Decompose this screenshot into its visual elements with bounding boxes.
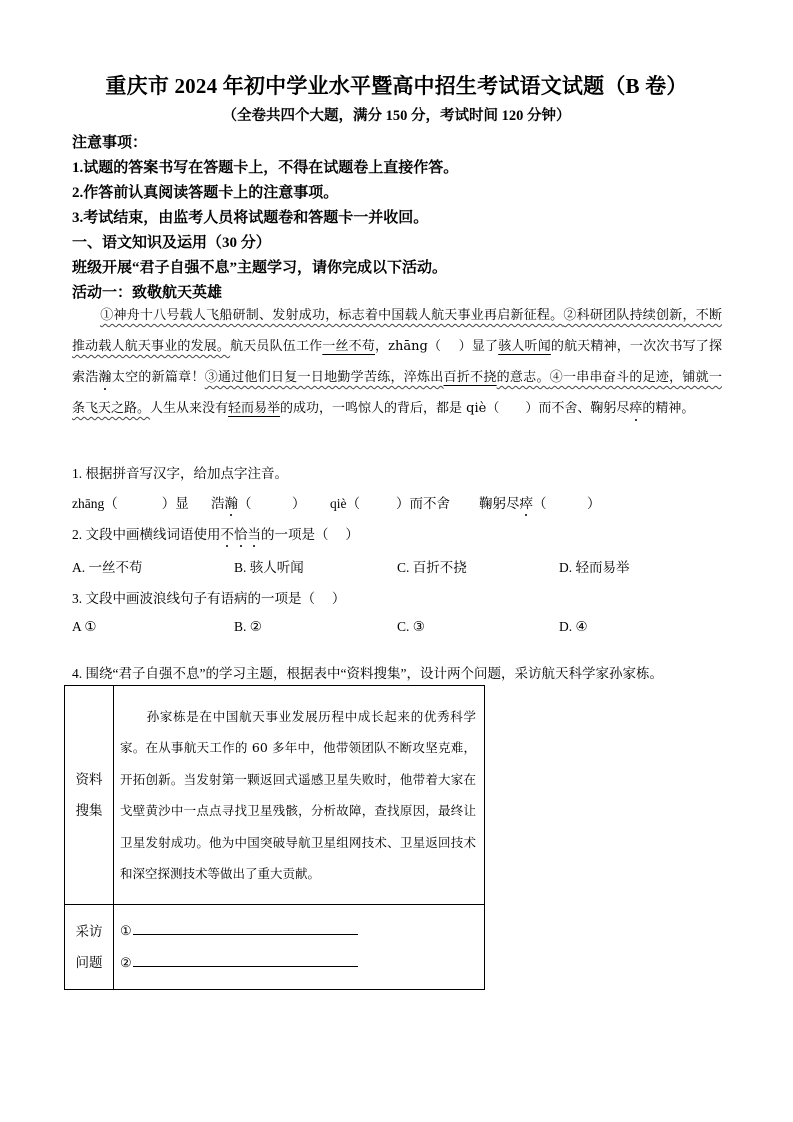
exam-page: 重庆市 2024 年初中学业水平暨高中招生考试语文试题（B 卷） （全卷共四个大… <box>0 0 793 1122</box>
dotted-char: 瀚 <box>99 370 112 385</box>
notice-item-3: 3.考试结束，由监考人员将试题卷和答题卡一并收回。 <box>72 206 428 227</box>
passage-text: ，zhāng（ ）显了 <box>375 339 498 354</box>
notice-item-2: 2.作答前认真阅读答题卡上的注意事项。 <box>72 181 338 202</box>
sentence-1-wavy: ①神舟十八号载人飞船研制、发射成功，标志着中国载人航天事业再启新征程。 <box>100 308 563 323</box>
q3-option-c[interactable]: C. ③ <box>397 619 425 635</box>
section-heading: 一、语文知识及运用（30 分） <box>72 231 271 252</box>
passage-text: 航天员队伍工作 <box>230 339 322 354</box>
q1-item-2: 浩瀚（ ） <box>211 492 306 512</box>
question-2-stem: 2. 文段中画横线词语使用不恰当的一项是（ ） <box>72 523 359 543</box>
q3-option-d[interactable]: D. ④ <box>559 619 588 635</box>
passage-text: 的精神。 <box>642 401 694 416</box>
notice-item-1: 1.试题的答案书写在答题卡上，不得在试题卷上直接作答。 <box>72 156 458 177</box>
passage-text: 太空的新篇章！ <box>112 370 205 385</box>
q2-option-a[interactable]: A. 一丝不苟 <box>72 556 143 576</box>
question-1-stem: 1. 根据拼音写汉字，给加点字注音。 <box>72 462 288 482</box>
q2-option-c[interactable]: C. 百折不挠 <box>397 556 467 576</box>
q2-option-d[interactable]: D. 轻而易举 <box>559 556 630 576</box>
underlined-word-4: 轻而易举 <box>228 401 280 416</box>
table-row-materials: 资料 搜集 孙家栋是在中国航天事业发展历程中成长起来的优秀科学家。在从事航天工作… <box>65 686 485 905</box>
q1-item-3: qiè（）而不舍 <box>330 492 450 512</box>
underlined-word-3: 百折不挠 <box>444 370 497 385</box>
q3-option-a[interactable]: A ① <box>72 619 96 635</box>
exam-title: 重庆市 2024 年初中学业水平暨高中招生考试语文试题（B 卷） <box>0 70 793 100</box>
q3-option-b[interactable]: B. ② <box>234 619 262 635</box>
answer-line-2[interactable]: ② <box>120 947 478 979</box>
question-4-stem: 4. 围绕“君子自强不息”的学习主题，根据表中“资料搜集”，设计两个问题，采访航… <box>72 662 663 682</box>
notice-heading: 注意事项： <box>72 131 147 152</box>
activity-heading: 活动一：致敬航天英雄 <box>72 281 222 302</box>
underlined-word-1: 一丝不苟 <box>322 339 375 354</box>
question-3-stem: 3. 文段中画波浪线句子有语病的一项是（ ） <box>72 587 345 607</box>
reading-passage: ①神舟十八号载人飞船研制、发射成功，标志着中国载人航天事业再启新征程。②科研团队… <box>72 300 722 424</box>
sentence-3b-wavy: 的意志。 <box>497 370 550 385</box>
interview-table: 资料 搜集 孙家栋是在中国航天事业发展历程中成长起来的优秀科学家。在从事航天工作… <box>64 685 485 990</box>
answer-line-1[interactable]: ① <box>120 915 478 947</box>
q1-item-1: zhāng（）显 <box>72 492 189 512</box>
materials-content: 孙家栋是在中国航天事业发展历程中成长起来的优秀科学家。在从事航天工作的 60 多… <box>114 686 485 905</box>
underlined-word-2: 骇人听闻 <box>498 339 551 354</box>
exam-subtitle: （全卷共四个大题，满分 150 分，考试时间 120 分钟） <box>0 104 793 125</box>
q2-option-b[interactable]: B. 骇人听闻 <box>234 556 304 576</box>
q1-item-4: 鞠躬尽瘁（ ） <box>479 492 601 512</box>
dotted-char: 瘁 <box>629 401 642 416</box>
questions-label: 采访 问题 <box>65 905 114 990</box>
sentence-3a-wavy: ③通过他们日复一日地勤学苦练，淬炼出 <box>205 370 444 385</box>
materials-label: 资料 搜集 <box>65 686 114 905</box>
section-intro: 班级开展“君子自强不息”主题学习，请你完成以下活动。 <box>72 256 447 277</box>
passage-text: 人生从来没有 <box>150 401 228 416</box>
passage-text: 的成功，一鸣惊人的背后，都是 qiè（ ）而不舍、鞠躬尽 <box>280 401 629 416</box>
questions-answer-area: ① ② <box>114 905 485 990</box>
table-row-questions: 采访 问题 ① ② <box>65 905 485 990</box>
